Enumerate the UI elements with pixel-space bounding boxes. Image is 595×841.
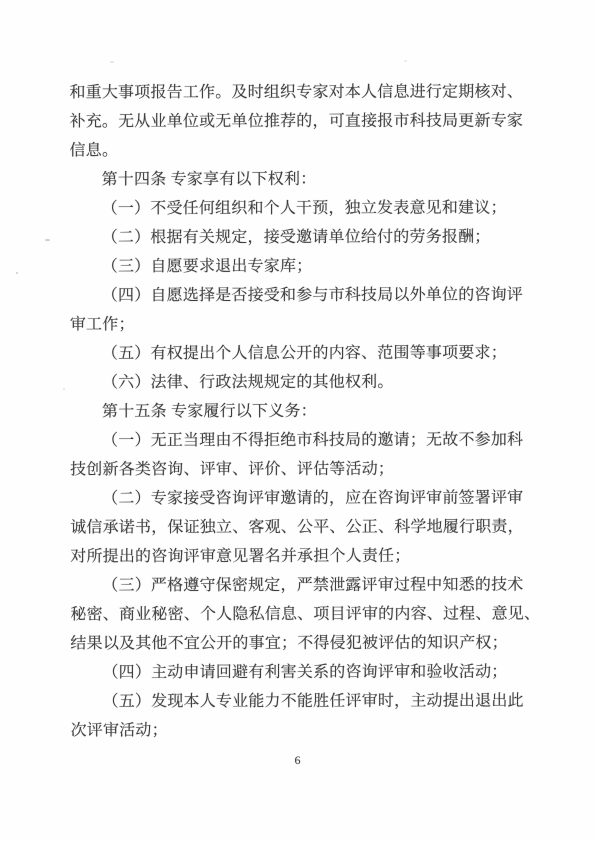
text-line: 补充。无从业单位或无单位推荐的，可直接报市科技局更新专家 [69, 107, 529, 137]
scan-artifact-speck [45, 239, 50, 241]
text-line: （六）法律、行政法规规定的其他权利。 [70, 368, 530, 398]
text-line-article-14-heading: 第十四条 专家享有以下权利： [70, 165, 530, 195]
scan-artifact-speck [404, 60, 407, 62]
text-line: （一）不受任何组织和个人干预，独立发表意见和建议； [70, 194, 530, 224]
text-line: 次评审活动； [71, 716, 531, 746]
text-line: （五）发现本人专业能力不能胜任评审时，主动提出退出此 [70, 687, 530, 717]
text-line: （四）主动申请回避有利害关系的咨询评审和验收活动； [70, 658, 530, 688]
text-line: 结果以及其他不宜公开的事宜；不得侵犯被评估的知识产权； [70, 629, 530, 659]
page-number: 6 [0, 752, 595, 768]
text-line: （五）有权提出个人信息公开的内容、范围等事项要求； [70, 339, 530, 369]
text-line: （一）无正当理由不得拒绝市科技局的邀请；无故不参加科 [70, 426, 530, 456]
document-body: 和重大事项报告工作。及时组织专家对本人信息进行定期核对、 补充。无从业单位或无单… [69, 78, 530, 746]
text-line: 秘密、商业秘密、个人隐私信息、项目评审的内容、过程、意见、 [70, 600, 530, 630]
scan-artifact-speck [16, 272, 18, 274]
text-line: 审工作； [70, 310, 530, 340]
text-line-article-15-heading: 第十五条 专家履行以下义务： [70, 397, 530, 427]
text-line: 诚信承诺书，保证独立、客观、公平、公正、科学地履行职责， [70, 513, 530, 543]
text-line: （三）严格遵守保密规定，严禁泄露评审过程中知悉的技术 [70, 571, 530, 601]
text-line: 信息。 [70, 136, 530, 166]
scan-artifact-speck [63, 388, 65, 390]
text-line: （二）专家接受咨询评审邀请的，应在咨询评审前签署评审 [70, 484, 530, 514]
text-line: （四）自愿选择是否接受和参与市科技局以外单位的咨询评 [70, 281, 530, 311]
text-line: （二）根据有关规定，接受邀请单位给付的劳务报酬； [70, 223, 530, 253]
text-line: 技创新各类咨询、评审、评价、评估等活动； [70, 455, 530, 485]
text-line: 和重大事项报告工作。及时组织专家对本人信息进行定期核对、 [69, 78, 529, 108]
text-line: （三）自愿要求退出专家库； [70, 252, 530, 282]
scan-artifact-speck [110, 61, 114, 63]
text-line: 对所提出的咨询评审意见署名并承担个人责任； [70, 542, 530, 572]
document-page: 和重大事项报告工作。及时组织专家对本人信息进行定期核对、 补充。无从业单位或无单… [0, 0, 595, 841]
